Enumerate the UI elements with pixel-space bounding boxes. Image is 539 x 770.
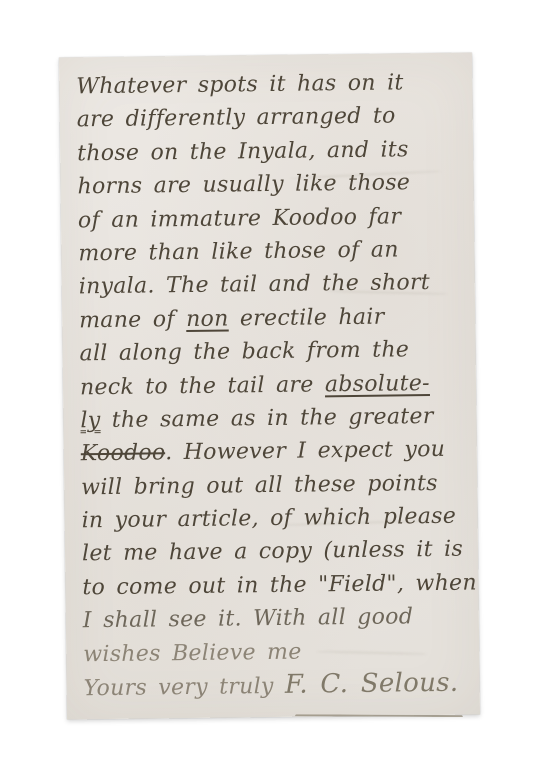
letter-line-11: ly the same as in the greater <box>80 400 460 438</box>
letter-line-18: wishes Believe me <box>83 633 463 671</box>
letter-line-1: Whatever spots it has on it <box>76 66 456 104</box>
letter-line-9: all along the back from the <box>79 333 459 371</box>
struck-word: Koodoo <box>81 441 166 467</box>
line-text: mane of <box>79 307 186 333</box>
double-underlined-word: ly <box>80 408 100 433</box>
signature: F. C. Selous. <box>285 668 459 700</box>
letter-paper: Whatever spots it has on it are differen… <box>59 53 480 720</box>
line-text: . However I expect you <box>165 437 445 465</box>
letter-line-2: are differently arranged to <box>77 99 457 137</box>
signature-flourish <box>295 704 463 717</box>
letter-line-10: neck to the tail are absolute- <box>80 366 460 404</box>
underlined-word: absolute- <box>325 371 430 397</box>
letter-line-6: more than like those of an <box>78 233 458 271</box>
letter-line-16: to come out in the "Field", when <box>82 567 462 605</box>
closing-text: Yours very truly <box>84 674 286 701</box>
letter-line-19: Yours very truly F. C. Selous. <box>83 667 463 705</box>
letter-line-17: I shall see it. With all good <box>83 600 463 638</box>
letter-line-15: let me have a copy (unless it is <box>82 533 462 571</box>
letter-line-8: mane of non erectile hair <box>79 299 459 337</box>
line-text: neck to the tail are <box>80 372 325 400</box>
letter-line-3: those on the Inyala, and its <box>77 132 457 170</box>
letter-line-4: horns are usually like those <box>77 166 457 204</box>
line-text: erectile hair <box>228 304 384 331</box>
letter-line-5: of an immature Koodoo far <box>78 199 458 237</box>
underlined-word: non <box>186 306 229 332</box>
letter-line-14: in your article, of which please <box>81 500 461 538</box>
letter-line-7: inyala. The tail and the short <box>79 266 459 304</box>
letter-photograph: Whatever spots it has on it are differen… <box>0 0 539 770</box>
letter-line-12: Koodoo. However I expect you <box>81 433 461 471</box>
line-text: the same as in the greater <box>100 404 433 433</box>
letter-line-13: will bring out all these points <box>81 466 461 504</box>
